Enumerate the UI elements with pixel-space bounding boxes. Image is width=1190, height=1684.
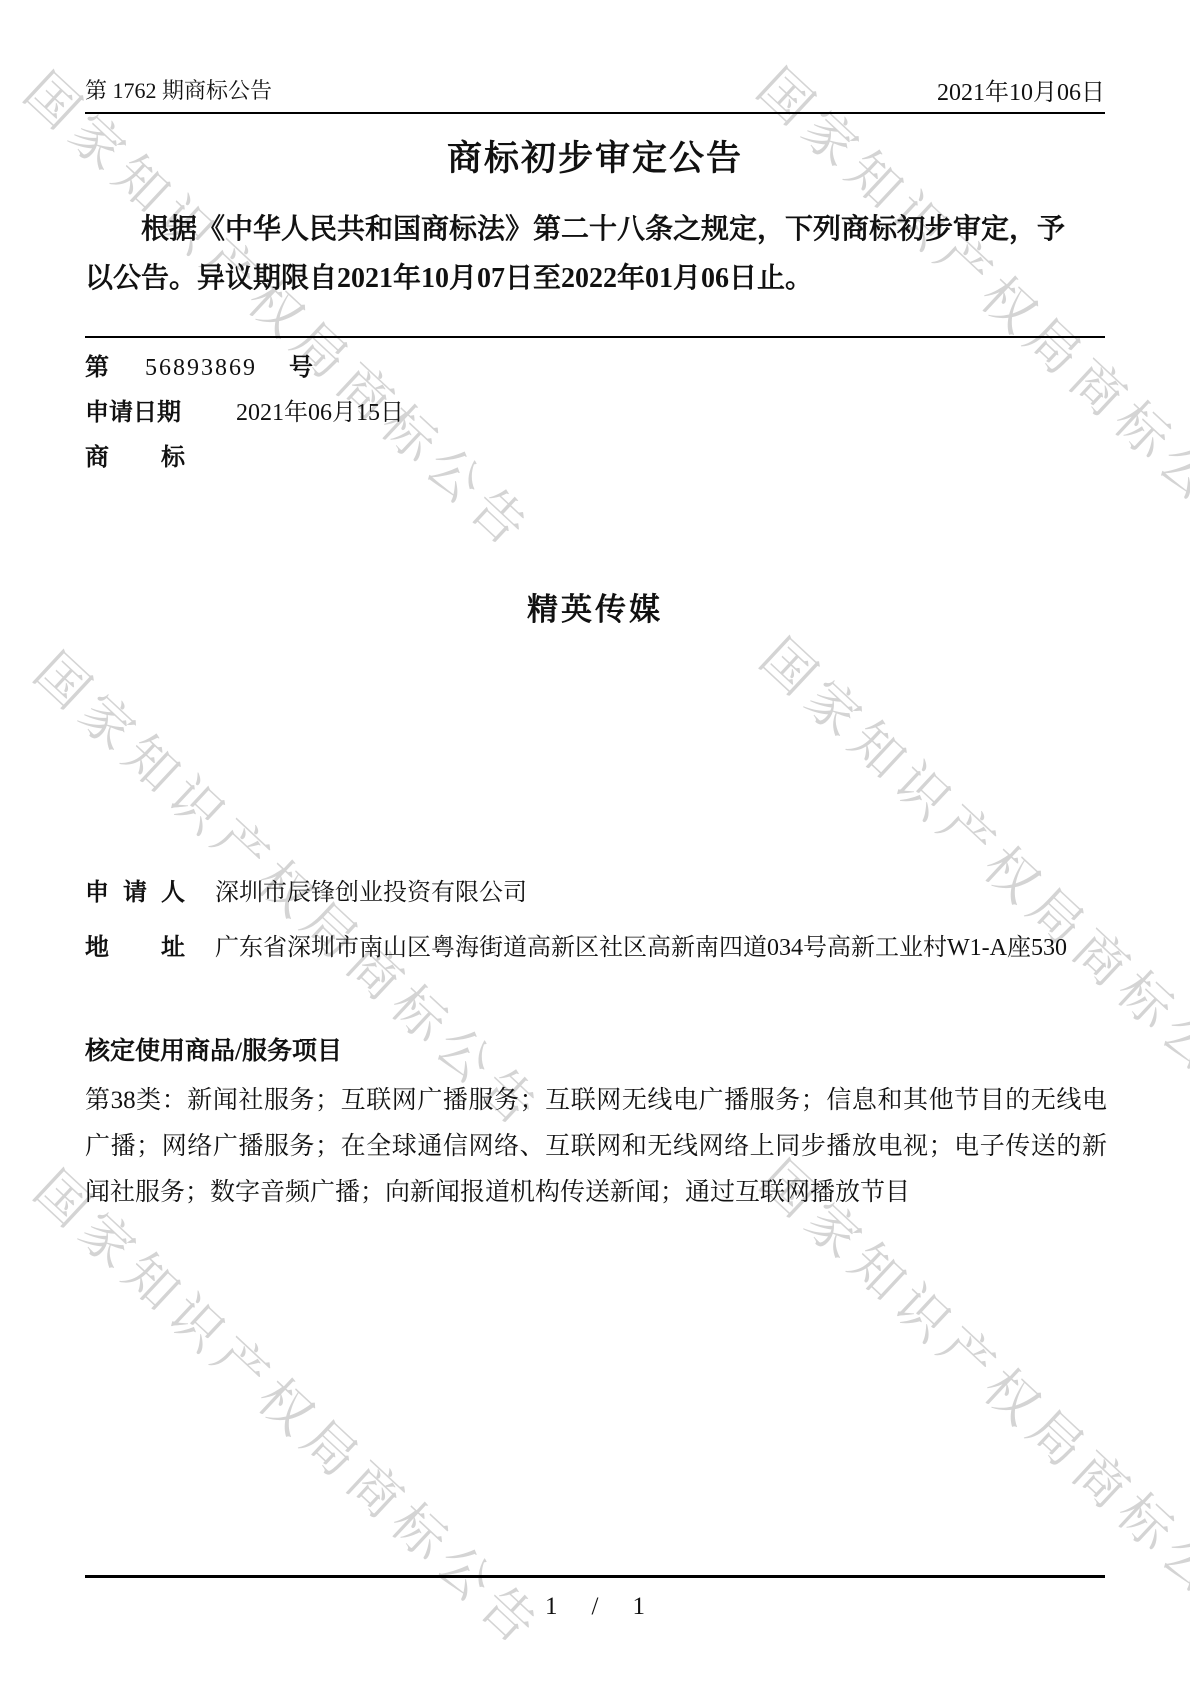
intro-line-1: 根据《中华人民共和国商标法》第二十八条之规定，下列商标初步审定，予	[85, 205, 1105, 254]
trademark-specimen: 精英传媒	[85, 584, 1105, 629]
page-content: 第 1762 期商标公告 2021年10月06日 商标初步审定公告 根据《中华人…	[0, 0, 1190, 1684]
services-list: 第38类：新闻社服务；互联网广播服务；互联网无线电广播服务；信息和其他节目的无线…	[85, 1078, 1107, 1216]
application-number-row: 第 56893869 号	[85, 347, 313, 382]
page-title: 商标初步审定公告	[85, 131, 1105, 181]
applicant-label: 申请人	[85, 872, 185, 907]
page-separator: /	[592, 1593, 599, 1621]
address-row: 地址 广东省深圳市南山区粤海街道高新区社区高新南四道034号高新工业村W1-A座…	[85, 927, 1067, 962]
number-suffix-label: 号	[289, 347, 313, 382]
total-pages: 1	[632, 1593, 645, 1621]
application-number: 56893869	[145, 355, 257, 382]
header-rule	[85, 112, 1105, 114]
address-label: 地址	[85, 927, 185, 962]
trademark-label: 商标	[85, 437, 185, 472]
footer-rule	[85, 1575, 1105, 1578]
filing-date-label: 申请日期	[85, 392, 181, 427]
filing-date-row: 申请日期 2021年06月15日	[85, 392, 404, 427]
trademark-label-row: 商标	[85, 437, 185, 472]
current-page: 1	[545, 1593, 558, 1621]
applicant-row: 申请人 深圳市辰锋创业投资有限公司	[85, 872, 527, 907]
services-heading: 核定使用商品/服务项目	[85, 1031, 342, 1067]
number-prefix-label: 第	[85, 347, 109, 382]
gazette-issue-number: 第 1762 期商标公告	[85, 74, 272, 105]
intro-paragraph: 根据《中华人民共和国商标法》第二十八条之规定，下列商标初步审定，予 以公告。异议…	[85, 205, 1105, 303]
section-rule	[85, 336, 1105, 338]
intro-line-2: 以公告。异议期限自2021年10月07日至2022年01月06日止。	[85, 254, 1105, 303]
address-value: 广东省深圳市南山区粤海街道高新区社区高新南四道034号高新工业村W1-A座530	[215, 927, 1067, 962]
applicant-name: 深圳市辰锋创业投资有限公司	[215, 872, 527, 907]
filing-date-value: 2021年06月15日	[236, 392, 404, 427]
publication-date: 2021年10月06日	[937, 72, 1105, 107]
gazette-page: 国家知识产权局商标公告 国家知识产权局商标公告 国家知识产权局商标公告 国家知识…	[0, 0, 1190, 1684]
page-number-footer: 1 / 1	[85, 1593, 1105, 1621]
